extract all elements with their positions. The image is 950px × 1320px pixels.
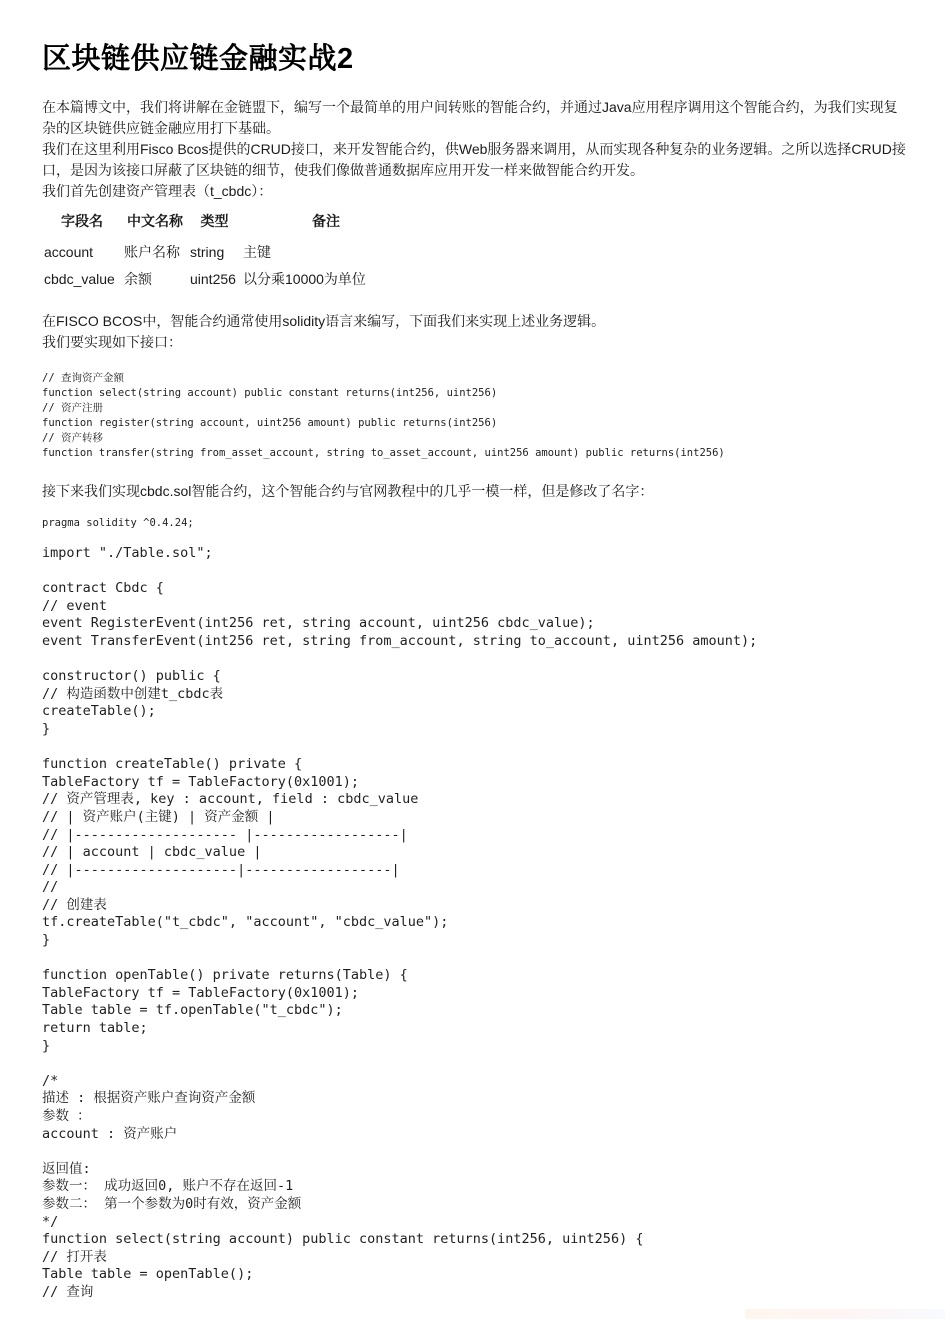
intro-paragraph-1: 在本篇博文中，我们将讲解在金链盟下，编写一个最简单的用户间转账的智能合约，并通过… [42,97,910,139]
intro-section: 在本篇博文中，我们将讲解在金链盟下，编写一个最简单的用户间转账的智能合约，并通过… [42,97,870,202]
intro-paragraph-2: 我们在这里利用Fisco Bcos提供的CRUD接口，来开发智能合约，供Web服… [42,139,910,181]
article: 区块链供应链金融实战2 在本篇博文中，我们将讲解在金链盟下，编写一个最简单的用户… [0,0,910,1302]
solidity-intro-paragraph-2: 我们要实现如下接口： [42,332,910,353]
solidity-intro-paragraph-1: 在FISCO BCOS中，智能合约通常使用solidity语言来编写，下面我们来… [42,311,910,332]
table-cell: 账户名称 [124,239,190,266]
interface-code-block: // 查询资产金额 function select(string account… [42,371,910,461]
transition-paragraph: 接下来我们实现cbdc.sol智能合约，这个智能合约与官网教程中的几乎一模一样，… [42,481,910,502]
table-cell: 以分乘10000为单位 [243,266,413,293]
table-header-cn-name: 中文名称 [124,208,190,239]
page-title: 区块链供应链金融实战2 [42,42,870,76]
table-header-row: 字段名 中文名称 类型 备注 [44,208,413,239]
table-row: cbdc_value 余额 uint256 以分乘10000为单位 [44,266,413,293]
table-header-type: 类型 [190,208,243,239]
solidity-intro-section: 在FISCO BCOS中，智能合约通常使用solidity语言来编写，下面我们来… [42,311,870,353]
field-table: 字段名 中文名称 类型 备注 account 账户名称 string 主键 cb… [44,208,413,293]
table-cell: uint256 [190,266,243,293]
table-cell: 主键 [243,239,413,266]
pragma-code-block: pragma solidity ^0.4.24; [42,516,910,531]
table-cell: account [44,239,124,266]
faint-watermark [745,1309,945,1319]
transition-section: 接下来我们实现cbdc.sol智能合约，这个智能合约与官网教程中的几乎一模一样，… [42,481,870,502]
table-header-note: 备注 [243,208,413,239]
table-cell: string [190,239,243,266]
table-header-field-name: 字段名 [44,208,124,239]
intro-paragraph-3: 我们首先创建资产管理表（t_cbdc）： [42,181,910,202]
contract-code-block: import "./Table.sol"; contract Cbdc { //… [42,545,910,1302]
table-cell: 余额 [124,266,190,293]
table-row: account 账户名称 string 主键 [44,239,413,266]
table-cell: cbdc_value [44,266,124,293]
